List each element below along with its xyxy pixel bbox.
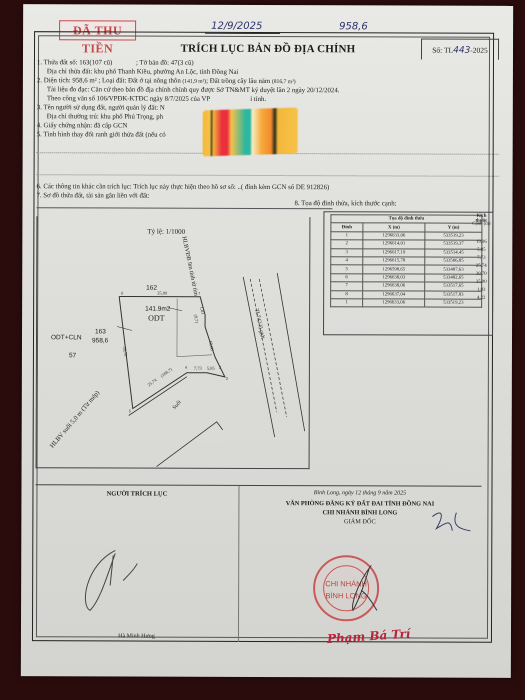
svg-text:7: 7 bbox=[198, 291, 201, 296]
extractor-signature-icon bbox=[75, 545, 155, 615]
svg-text:25,74: 25,74 bbox=[147, 377, 159, 388]
svg-text:Suối: Suối bbox=[171, 398, 183, 411]
parcel-diagram: Tỷ lệ: 1/1000 HLBVĐB 9m tính từ tim TL74… bbox=[36, 216, 311, 469]
svg-text:958,6: 958,6 bbox=[92, 337, 109, 344]
svg-text:141.9m2: 141.9m2 bbox=[145, 306, 171, 313]
svg-text:7,73: 7,73 bbox=[194, 366, 203, 372]
svg-text:162: 162 bbox=[146, 285, 157, 292]
edge-length: 1,03 bbox=[470, 288, 492, 293]
section-3: 3. Tên người sử dụng đất, người quản lý … bbox=[37, 103, 165, 112]
svg-text:HLBVĐB 9m tính từ tim: HLBVĐB 9m tính từ tim bbox=[180, 236, 198, 297]
svg-text:2: 2 bbox=[226, 376, 229, 381]
svg-text:ODT: ODT bbox=[148, 314, 165, 323]
director-signature-icon bbox=[341, 560, 381, 620]
edge-length: 5,85 bbox=[470, 248, 492, 253]
document-paper: ĐÃ THU TIỀN 12/9/2025 958,6 TRÍCH LỤC BẢ… bbox=[21, 4, 513, 678]
svg-text:Tỷ lệ: 1/1000: Tỷ lệ: 1/1000 bbox=[147, 228, 185, 236]
document-number: Số: TL443-2025 bbox=[421, 39, 499, 60]
extractor-name: Hà Minh Hưng bbox=[35, 633, 238, 640]
svg-text:(8,7): (8,7) bbox=[192, 314, 199, 324]
edge-length: 35,00 bbox=[470, 280, 492, 285]
edge-length: 7,73 bbox=[470, 256, 492, 261]
section-7: 7. Sơ đồ thửa đất, tài sản gắn liền với … bbox=[36, 191, 149, 200]
svg-text:ODT+CLN: ODT+CLN bbox=[51, 334, 82, 341]
handwritten-date: 12/9/2025 bbox=[211, 21, 262, 32]
svg-text:4: 4 bbox=[185, 365, 188, 370]
table-row: 11296633,06533519,23 bbox=[331, 299, 482, 308]
edge-subheader: Cạnh (m) bbox=[470, 222, 492, 227]
handwritten-area: 958,6 bbox=[339, 21, 368, 32]
section-5: 5. Tình hình thay đổi ranh giới thửa đất… bbox=[37, 130, 166, 139]
coordinate-table: Tọa độ đỉnh thửa Đỉnh X (m) Y (m) 112966… bbox=[330, 214, 482, 308]
edge-values: 19,065,857,7325,7439,7035,001,034,22 bbox=[23, 4, 513, 6]
edge-length: 25,74 bbox=[470, 264, 492, 269]
svg-text:5: 5 bbox=[129, 409, 132, 414]
section-4: 4. Giấy chứng nhận: đã cấp GCN bbox=[37, 121, 128, 130]
edge-length: 19,06 bbox=[470, 240, 492, 245]
org-name: VĂN PHÒNG ĐĂNG KÝ ĐẤT ĐAI TỈNH ĐỒNG NAI bbox=[238, 500, 481, 508]
redaction-sticker bbox=[203, 107, 298, 156]
sign-date: Bình Long, ngày 12 tháng 9 năm 2025 bbox=[238, 490, 481, 497]
svg-text:57: 57 bbox=[69, 352, 77, 359]
svg-text:(188,7): (188,7) bbox=[160, 366, 175, 379]
signature-section: NGƯỜI TRÍCH LỤC Bình Long, ngày 12 tháng… bbox=[35, 484, 482, 643]
svg-text:19,06: 19,06 bbox=[207, 340, 215, 352]
svg-text:35,00: 35,00 bbox=[157, 291, 168, 297]
edge-length: 4,22 bbox=[470, 296, 492, 301]
extractor-title: NGƯỜI TRÍCH LỤC bbox=[35, 490, 238, 498]
svg-text:163: 163 bbox=[95, 328, 106, 335]
section-8: 8. Tọa độ đỉnh thửa, kích thước cạnh: bbox=[294, 199, 396, 208]
svg-text:6: 6 bbox=[121, 290, 124, 295]
svg-text:39,70: 39,70 bbox=[121, 346, 128, 358]
svg-text:5,85: 5,85 bbox=[207, 366, 216, 372]
director-initial-signature-icon bbox=[430, 509, 480, 537]
parcel-map-svg: Tỷ lệ: 1/1000 HLBVĐB 9m tính từ tim TL74… bbox=[37, 216, 311, 469]
svg-text:HLBV suối 5,0 m (Từ mép): HLBV suối 5,0 m (Từ mép) bbox=[49, 389, 101, 449]
edge-length: 39,70 bbox=[470, 272, 492, 277]
